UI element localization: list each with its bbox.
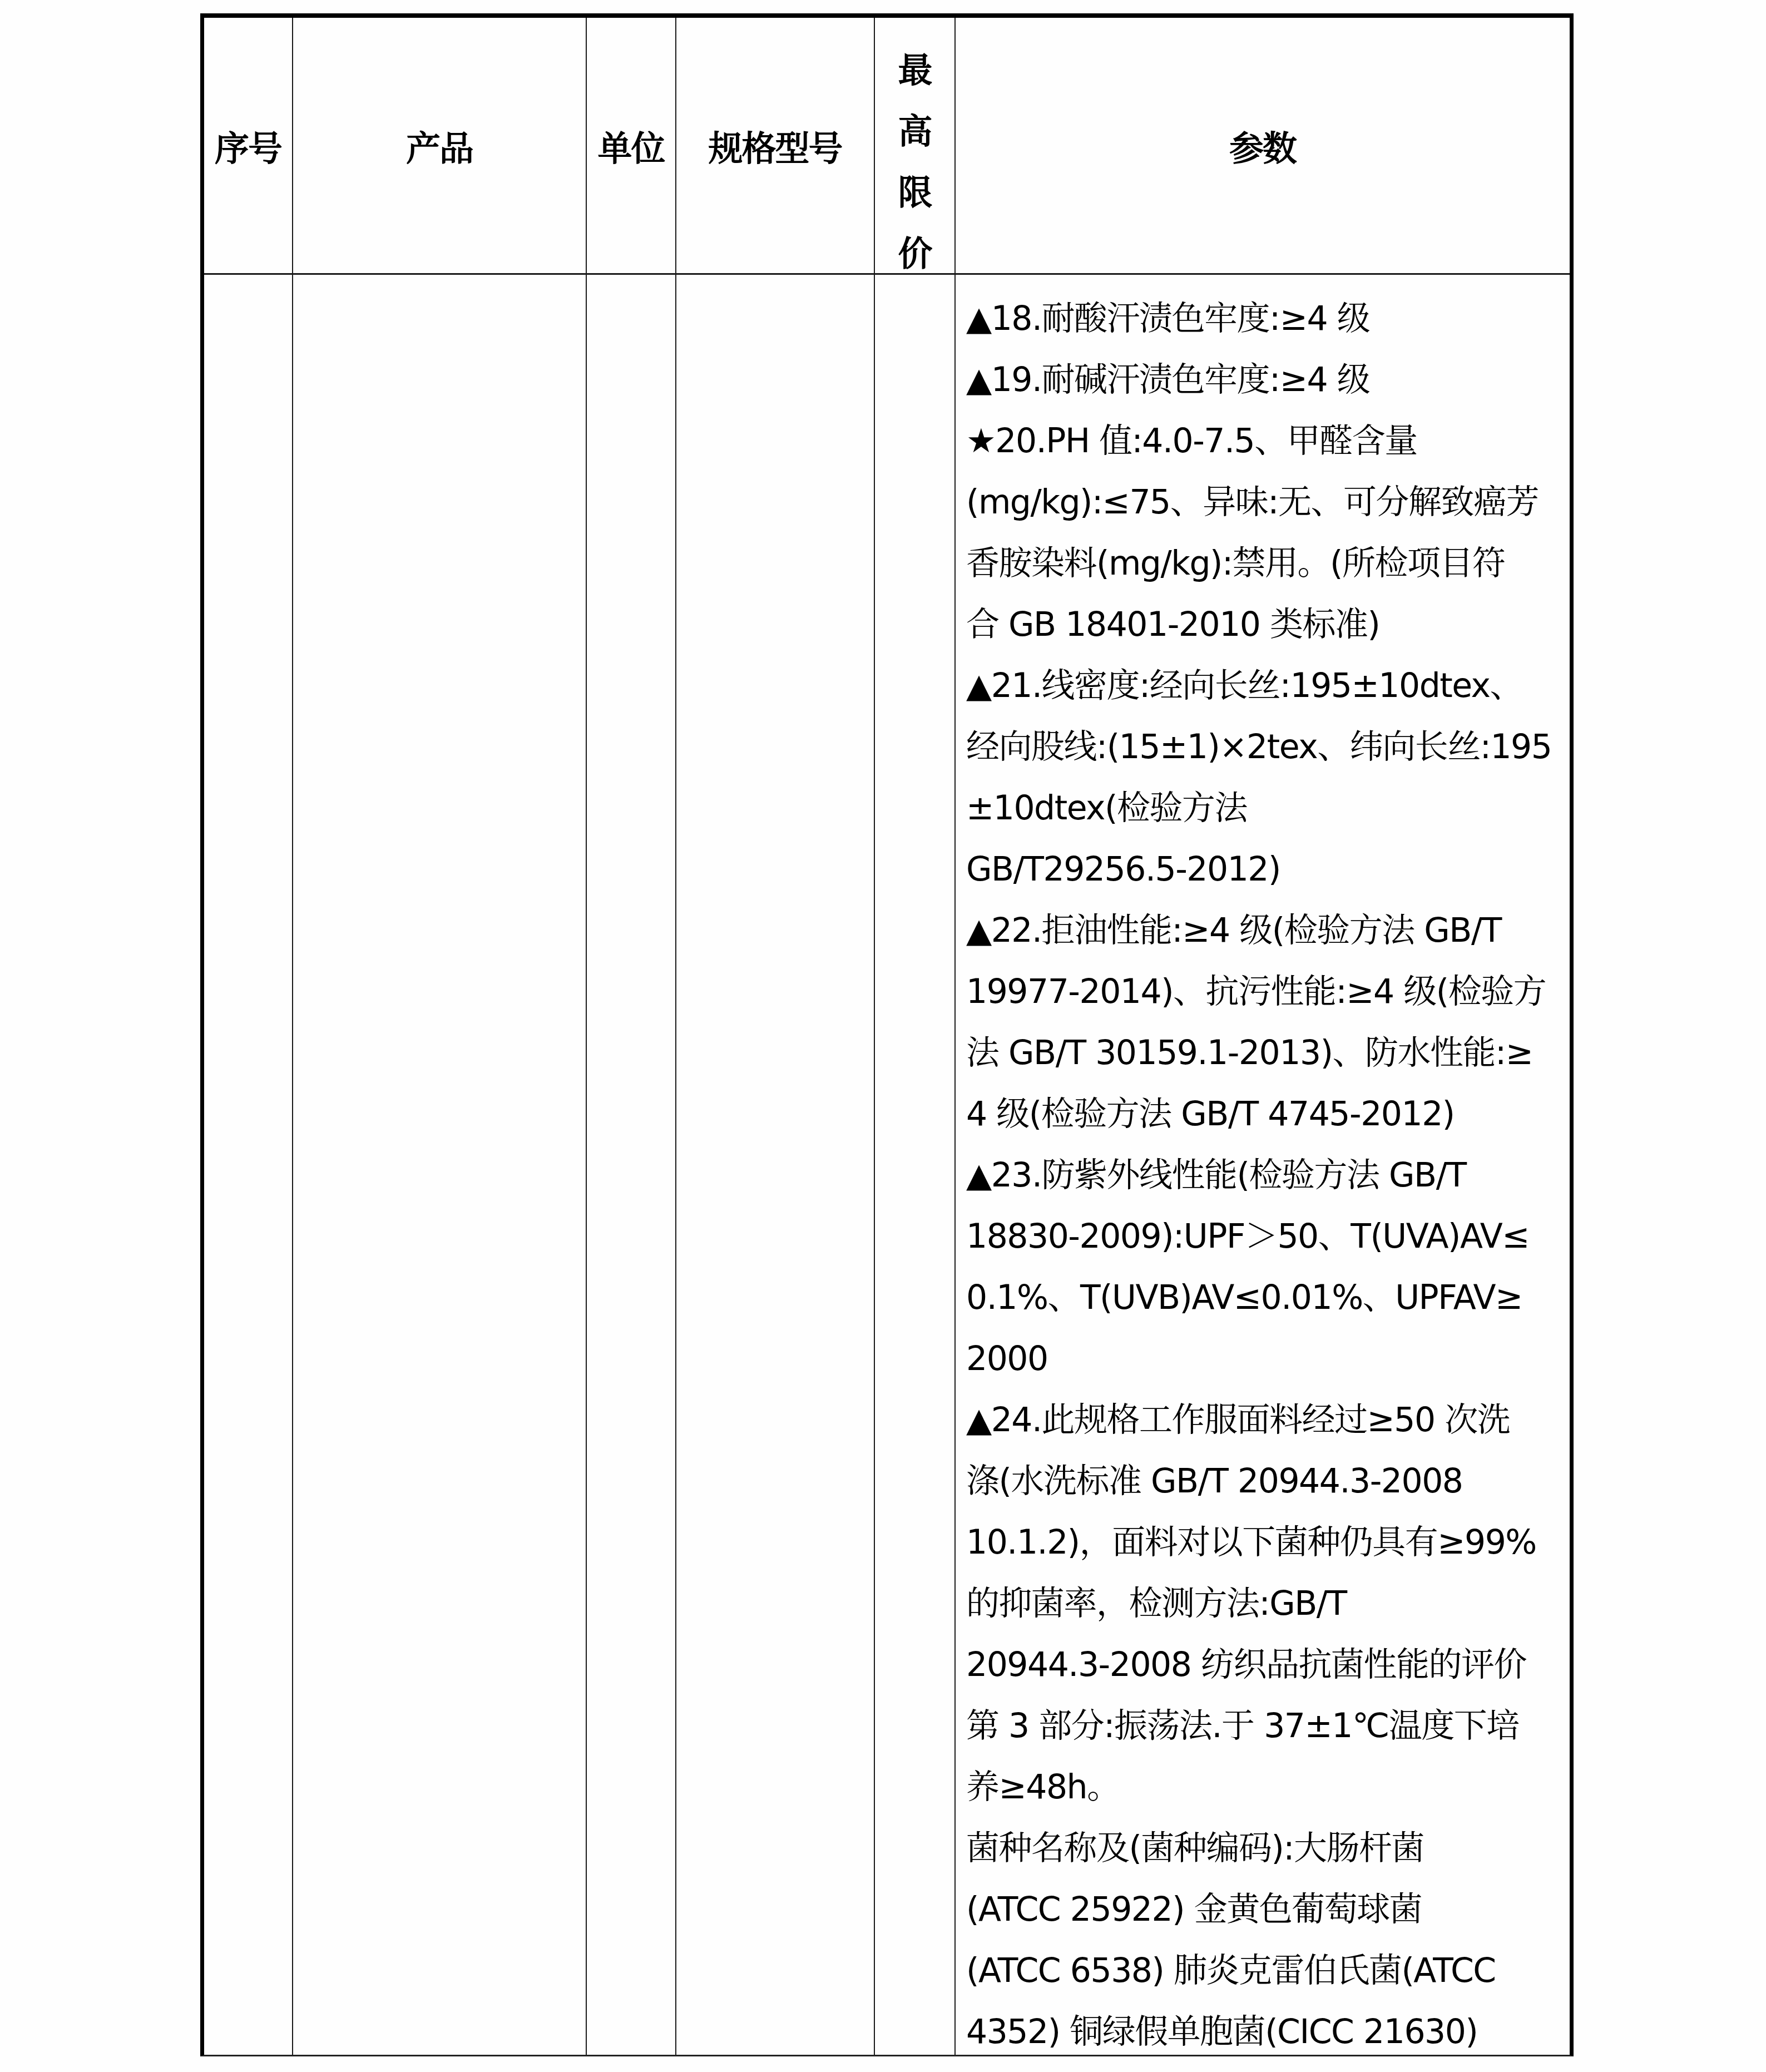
header-max-price-char: 高 [898,101,931,162]
header-parameters-label: 参数 [1229,121,1296,171]
parameter-line: 19977-2014)、抗污性能:≥4 级(检验方 [966,961,1578,1022]
cell-parameters: ▲18.耐酸汗渍色牢度:≥4 级 ▲19.耐碱汗渍色牢度:≥4 级 ★20.PH… [966,288,1578,2063]
parameter-line: ▲24.此规格工作服面料经过≥50 次洗 [966,1389,1578,1451]
header-product: 产品 [293,18,586,274]
header-index-label: 序号 [215,121,281,171]
parameter-line: (ATCC 25922) 金黄色葡萄球菌 [966,1879,1578,1940]
parameter-line: 18830-2009):UPF＞50、T(UVA)AV≤ [966,1206,1578,1267]
header-product-label: 产品 [406,121,473,171]
parameter-line: ★20.PH 值:4.0-7.5、甲醛含量 [966,411,1578,472]
parameter-line: 菌种名称及(菌种编码):大肠杆菌 [966,1818,1578,1879]
cell-unit [587,278,675,2055]
cell-max-price [875,278,954,2055]
parameter-line: 合 GB 18401-2010 类标准) [966,594,1578,655]
parameter-line: 4 级(检验方法 GB/T 4745-2012) [966,1084,1578,1145]
parameter-line: ▲23.防紫外线性能(检验方法 GB/T [966,1145,1578,1206]
parameter-line: ▲21.线密度:经向长丝:195±10dtex、 [966,655,1578,716]
parameter-line: 20944.3-2008 纺织品抗菌性能的评价 [966,1634,1578,1695]
parameter-line: ▲19.耐碱汗渍色牢度:≥4 级 [966,349,1578,411]
parameter-line: ▲22.拒油性能:≥4 级(检验方法 GB/T [966,900,1578,961]
header-unit: 单位 [587,18,675,274]
header-index: 序号 [204,18,292,274]
parameter-line: 的抑菌率，检测方法:GB/T [966,1573,1578,1634]
parameter-line: ▲18.耐酸汗渍色牢度:≥4 级 [966,288,1578,349]
parameter-line: (ATCC 6538) 肺炎克雷伯氏菌(ATCC [966,1940,1578,2001]
header-spec-model: 规格型号 [676,18,874,274]
column-divider [954,18,956,2055]
cell-product [293,278,586,2055]
parameter-line: 养≥48h。 [966,1757,1578,1818]
parameter-line: 2000 [966,1328,1578,1389]
cell-spec-model [676,278,874,2055]
header-max-price-char: 价 [898,224,931,285]
header-max-price-char: 最 [898,40,931,101]
parameter-line: 经向股线:(15±1)×2tex、纬向长丝:195 [966,716,1578,778]
header-spec-model-label: 规格型号 [708,121,842,171]
parameter-line: (mg/kg):≤75、异味:无、可分解致癌芳 [966,472,1578,533]
parameter-line: ±10dtex(检验方法 [966,778,1578,839]
parameter-line: 4352) 铜绿假单胞菌(CICC 21630) [966,2001,1578,2063]
cell-index [204,278,292,2055]
document-page: 序号 产品 单位 规格型号 最 高 限 价 参数 ▲18.耐酸汗渍色牢度:≥4 … [0,0,1766,2072]
parameter-line: 法 GB/T 30159.1-2013)、防水性能:≥ [966,1022,1578,1084]
parameter-line: 第 3 部分:振荡法.于 37±1℃温度下培 [966,1695,1578,1757]
product-spec-table: 序号 产品 单位 规格型号 最 高 限 价 参数 ▲18.耐酸汗渍色牢度:≥4 … [200,13,1574,2056]
parameter-line: 10.1.2)，面料对以下菌种仍具有≥99% [966,1512,1578,1573]
parameter-line: 涤(水洗标准 GB/T 20944.3-2008 [966,1451,1578,1512]
parameter-line: 香胺染料(mg/kg):禁用。(所检项目符 [966,533,1578,594]
parameter-line: 0.1%、T(UVB)AV≤0.01%、UPFAV≥ [966,1267,1578,1328]
header-max-price-char: 限 [898,162,931,224]
header-unit-label: 单位 [597,121,664,171]
header-max-price: 最 高 限 价 [875,18,954,274]
parameter-line: GB/T29256.5-2012) [966,839,1578,900]
header-parameters: 参数 [956,18,1570,274]
